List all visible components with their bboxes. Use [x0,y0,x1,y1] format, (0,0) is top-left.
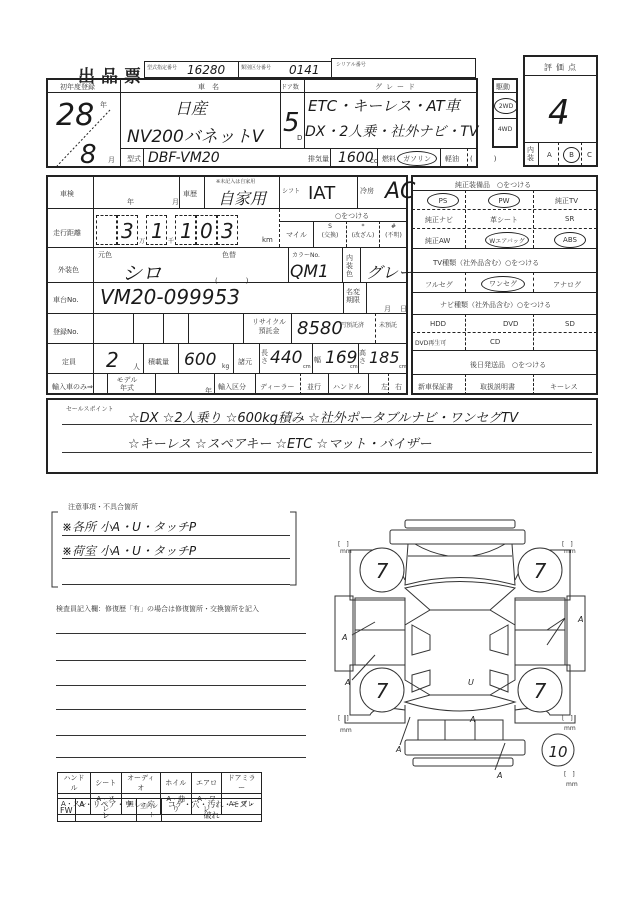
import-category-label: 輸入区分 [218,382,246,392]
mileage-digit: 3 [121,219,134,243]
interior-seat-value: コゲ・穴・汚れ・モズ・破れ [162,799,262,822]
car-name-label: 車 名 [198,82,219,92]
height-value: 185 [369,348,400,367]
recycle-value: 8580 [297,318,343,339]
man-unit: 万 [139,236,145,245]
history-label: 車歴 [183,189,197,199]
mm-unit: mm [340,548,352,555]
tv-fullseg[interactable]: フルセグ [425,280,453,290]
legend-header: ドアミラー [222,773,262,794]
month-unit: 月 [108,155,115,165]
defect-mark-a: A [577,615,583,624]
first-reg-month: 8 [80,140,97,170]
mm-unit: mm [564,548,576,555]
handle-right-option[interactable]: 右 [395,382,402,392]
type-label: 型式 [127,154,141,164]
width-unit: cm [350,364,358,370]
tire-rear-right-depth: 7 [534,679,547,703]
interior-seat-label: 室内シート [137,799,162,822]
fuel-other: ( ) [470,154,496,164]
equipment-genuine-aw[interactable]: 純正AW [425,236,450,246]
legend-header: ホイル [160,773,191,794]
handle-label: ハンドル [333,382,361,392]
transfer-deadline-label: 名変期限 [346,288,360,304]
grade-label: グレード [375,82,419,92]
height-unit: cm [399,364,407,370]
equipment-abs[interactable]: ABS [554,232,586,248]
equipment-genuine-navi[interactable]: 純正ナビ [425,215,453,225]
sales-points-line-2: ☆キーレス ☆スペアキー ☆ETC ☆マット・バイザー [128,433,432,452]
sales-points-label: セールスポイント [66,404,113,413]
legend-header: ハンドル [58,773,91,794]
interior-grade-a[interactable]: A [547,151,552,159]
defect-mark-a: A [496,771,502,780]
svg-text:[ ]: [ ] [562,715,573,722]
interior-grade-c[interactable]: C [587,151,592,159]
class-no-value: 0141 [289,63,320,77]
serial-label: シリアル番号 [336,61,366,68]
equipment-ps[interactable]: PS [427,193,459,208]
interior-grade-b[interactable]: B [563,147,580,163]
fuel-label: 燃料 [382,154,396,164]
equipment-pw[interactable]: PW [488,193,520,208]
grade-line-2: DX・2人乗・社外ナビ・TV [305,121,478,141]
color-no-value: QM1 [290,262,329,282]
score-label: 評価点 [544,62,580,73]
sen-unit: 千 [168,236,174,245]
width-label: 幅 [314,355,321,365]
defect-mark-u: U [468,678,474,687]
chassis-label: 車台No. [53,295,79,305]
shift-label: シフト [282,186,300,195]
displacement-value: 1600 [338,150,374,166]
fuel-gasoline-option[interactable]: ガソリン [397,151,437,166]
interior-color-value: グレー [366,260,414,283]
load-value: 600 [184,350,216,370]
recycle-unpaid-option[interactable]: 未預託 [379,320,397,329]
notes-line-2: ※荷室 小A・U・タッチP [62,542,196,559]
equipment-genuine-tv[interactable]: 純正TV [555,196,578,206]
equipment-w-airbag[interactable]: Wエアバッグ [485,232,529,248]
fw-value: A・リペア・ワレ [75,799,137,822]
mileage-mark-label: ○をつける [335,211,369,221]
import-only-label: 輸入車のみ⇒ [52,382,93,392]
mileage-digit: 3 [221,219,234,243]
fw-label: FW [58,799,76,822]
handle-left-option[interactable]: 左 [381,382,388,392]
tv-type-title: TV種類（社外品含む）○をつける [433,258,539,268]
defect-mark-a: A [395,745,401,754]
later-manual[interactable]: 取扱説明書 [480,382,515,392]
tv-analog[interactable]: アナログ [553,280,581,290]
interior-grade-label: 内装 [527,146,535,162]
shaken-month-unit: 月 [172,197,179,207]
drive-4wd-option[interactable]: 4WD [494,122,516,136]
mm-unit: mm [564,725,576,732]
mm-unit: mm [340,727,352,734]
doors-unit: D [297,134,302,142]
replaced-option[interactable]: S (交換) [314,223,346,239]
notes-line-1: ※各所 小A・U・タッチP [62,518,196,535]
fuel-diesel-option[interactable]: 軽油 [445,154,459,164]
car-maker: 日産 [175,96,207,119]
tv-oneseg[interactable]: ワンセグ [481,276,525,292]
legend-header: オーディオ [121,773,160,794]
tire-front-right-depth: 7 [534,559,547,583]
navi-dvd-playable[interactable]: DVD再生可 [415,338,446,347]
length-unit: cm [303,364,311,370]
svg-text:[ ]: [ ] [338,541,349,548]
defect-legend-table-2: FW A・リペア・ワレ 室内シート コゲ・穴・汚れ・モズ・破れ [57,798,262,822]
navi-dvd[interactable]: DVD [503,320,518,328]
displacement-label: 排気量 [308,154,329,164]
later-keyless[interactable]: キーレス [550,382,578,392]
shaken-label: 車検 [60,189,74,199]
length-label: 長さ [261,349,268,365]
dealer-option[interactable]: ディーラー [260,382,294,392]
svg-text:[ ]: [ ] [564,771,575,778]
model-year-unit: 年 [205,386,212,396]
score-value: 4 [548,93,570,133]
interior-color-label: 内装色 [346,254,356,278]
capacity-label: 定員 [62,357,76,367]
registration-label: 登録No. [53,327,79,337]
mileage-digit: 1 [151,219,164,243]
original-color-label: 元色 [98,250,112,260]
mile-option[interactable]: マイル [286,230,307,240]
tire-front-left-depth: 7 [376,559,389,583]
class-no-field: 類別区分番号 0141 [238,61,332,78]
equipment-title: 純正装備品 ○をつける [455,180,531,190]
car-type: DBF-VM20 [148,150,220,166]
equipment-leather-seat[interactable]: 革シート [490,215,518,225]
navi-sd[interactable]: SD [565,320,575,328]
class-no-label: 類別区分番号 [241,64,271,71]
grade-line-1: ETC・キーレス・AT車 [308,95,460,116]
drive-2wd-option[interactable]: 2WD [494,98,518,114]
car-diagram: 7 7 7 7 10 [ ]mm [ ]mm [ ]mm [ ]mm [ ]mm… [330,520,600,800]
length-value: 440 [270,348,302,368]
capacity-unit: 人 [133,362,140,372]
shaken-year-unit: 年 [127,197,134,207]
dims-label: 諸元 [238,357,252,367]
defect-mark-a: A [341,633,347,642]
parallel-option[interactable]: 並行 [307,382,321,392]
height-label: 高さ [359,349,366,365]
legend-header: エアロ [191,773,222,794]
approval-no-value: 16280 [187,63,225,77]
tire-rear-left-depth: 7 [376,679,389,703]
changed-color-label: 色替 [222,250,236,260]
mileage-digit: 1 [180,219,193,243]
color-no-label: カラーNo. [292,250,320,259]
serial-field: シリアル番号 [331,58,476,78]
mileage-label: 走行距離 [53,228,81,238]
navi-cd[interactable]: CD [490,338,500,346]
defect-mark-a: A [469,715,475,724]
later-warranty[interactable]: 新車保証書 [418,382,453,392]
model-year-label: モデル年式 [116,376,138,392]
svg-text:[ ]: [ ] [562,541,573,548]
mileage-digit: 0 [200,219,213,243]
history-value: 自家用 [218,186,266,209]
first-reg-label: 初年度登録 [60,82,95,92]
approval-no-field: 型式指定番号 16280 [144,61,239,78]
year-unit: 年 [100,100,107,110]
defect-mark-a: A [344,678,350,687]
recycle-paid-option[interactable]: 円預託済 [340,320,364,329]
navi-type-title: ナビ種類（社外品含む）○をつける [440,300,551,310]
km-unit: km [262,236,273,244]
tampered-option[interactable]: * (改ざん) [347,223,379,239]
load-unit: kg [222,363,229,370]
car-model: NV200バネットV [127,122,263,147]
doors-label: ドア数 [281,82,299,91]
approval-no-label: 型式指定番号 [147,64,177,71]
inspector-label: 検査員記入欄：修復歴「有」の場合は修復箇所・交換箇所を記入 [56,604,259,614]
load-label: 積載量 [148,357,169,367]
svg-text:[ ]: [ ] [338,715,349,722]
exterior-color-label: 外装色 [58,265,79,275]
chassis-value: VM20-099953 [100,285,240,309]
drive-label: 駆動 [496,82,510,92]
mm-unit: mm [566,781,578,788]
navi-hdd[interactable]: HDD [430,320,446,328]
recycle-label: リサイクル預託金 [250,318,288,336]
unknown-option[interactable]: # (不明) [380,223,407,239]
ac-label: 冷房 [360,186,374,196]
history-note: ※未記入は自家用 [216,178,255,185]
capacity-value: 2 [106,348,119,372]
later-shipment-title: 後日発送品 ○をつける [470,360,546,370]
shift-value: IAT [308,183,335,204]
legend-header: シート [90,773,121,794]
spare-tire-depth: 10 [548,743,567,761]
equipment-sunroof[interactable]: SR [565,215,574,223]
